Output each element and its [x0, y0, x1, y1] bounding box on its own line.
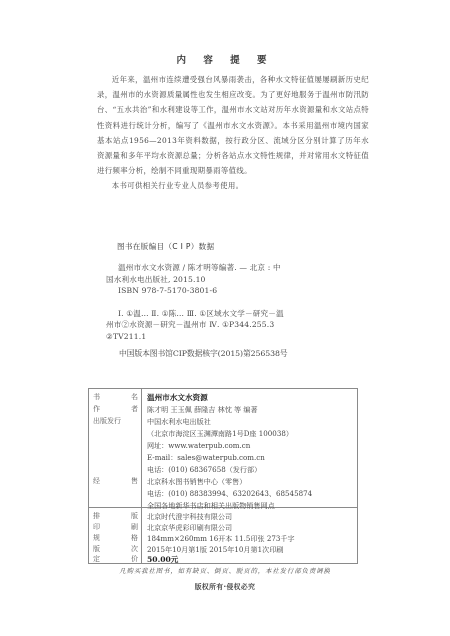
cip-subject-line: 州市②水资源－研究－温州市 Ⅳ. ①P344.255.3 — [106, 319, 366, 331]
row-label: 定价 — [93, 554, 138, 566]
publisher-email: E-mail：sales@waterpub.com.cn — [147, 452, 265, 464]
row-label: 作者 — [93, 404, 138, 416]
cip-isbn: ISBN 978-7-5170-3801-6 — [106, 285, 366, 297]
price-value: 50.00元 — [147, 554, 178, 566]
book-title-value: 温州市水文水资源 — [147, 392, 208, 404]
cip-entry-line: 温州市水文水资源 / 陈才明等编著. — 北京 : 中 — [106, 262, 366, 274]
cip-record-number: 中国版本图书馆CIP数据核字(2015)第256538号 — [119, 348, 288, 359]
publisher-line: 中国水利水电出版社 — [147, 416, 211, 428]
row-label: 经售 — [93, 476, 138, 488]
typesetting-value: 北京时代澄宇科技有限公司 — [147, 511, 232, 523]
summary-title: 内 容 提 要 — [0, 52, 450, 66]
row-label: 规格 — [93, 533, 138, 545]
colophon-row-specs: 规格 184mm×260mm 16开本 11.5印张 273千字 — [89, 533, 357, 545]
cip-entry-line: 国水利水电出版社, 2015.10 — [106, 274, 366, 286]
distribution-line: 北京科水图书销售中心（零售） — [147, 476, 246, 488]
distribution-network: 全国各地新华书店和相关出版物销售网点 — [147, 500, 275, 512]
summary-paragraph: 本书可供相关行业专业人员参考使用。 — [97, 178, 369, 193]
row-label: 印刷 — [93, 522, 138, 534]
colophon-table: 书名 温州市水文水资源 作者 陈才明 王玉佩 薛隆吉 林忱 等 编著 出版发行 … — [88, 388, 358, 564]
summary-body: 近年来，温州市连续遭受强台风暴雨袭击，各种水文特征值屡屡刷新历史纪录，温州市的水… — [97, 72, 369, 194]
cip-record: 温州市水文水资源 / 陈才明等编著. — 北京 : 中 国水利水电出版社, 20… — [106, 262, 366, 342]
cip-subject-line: Ⅰ. ①温… Ⅱ. ①陈… Ⅲ. ①区域水文学－研究－温 — [106, 308, 366, 320]
colophon-row-title: 书名 温州市水文水资源 — [89, 392, 357, 404]
cip-subject-line: ②TV211.1 — [106, 331, 366, 343]
copyright-notice: 版权所有·侵权必究 — [0, 581, 450, 591]
publisher-address: （北京市海淀区玉渊潭南路1号D座 100038） — [147, 428, 293, 440]
printing-value: 北京京华虎彩印刷有限公司 — [147, 522, 232, 534]
publisher-website: 网址：www.waterpub.com.cn — [147, 440, 250, 452]
distribution-phone: 电话：(010) 88383994、63202643、68545874 — [147, 488, 312, 500]
specs-value: 184mm×260mm 16开本 11.5印张 273千字 — [147, 533, 295, 545]
colophon-row-publisher: 出版发行 中国水利水电出版社 — [89, 416, 357, 428]
row-label: 排版 — [93, 511, 138, 523]
colophon-row-author: 作者 陈才明 王玉佩 薛隆吉 林忱 等 编著 — [89, 404, 357, 416]
author-value: 陈才明 王玉佩 薛隆吉 林忱 等 编著 — [147, 404, 258, 416]
row-label: 出版发行 — [93, 416, 138, 428]
return-policy-notice: 凡购买我社图书，如有缺页、倒页、脱页的，本社发行部负责调换 — [0, 566, 450, 575]
publisher-phone: 电话：(010) 68367658（发行部） — [147, 464, 261, 476]
row-label: 书名 — [93, 392, 138, 404]
summary-paragraph: 近年来，温州市连续遭受强台风暴雨袭击，各种水文特征值屡屡刷新历史纪录，温州市的水… — [97, 72, 369, 178]
colophon-row-typesetting: 排版 北京时代澄宇科技有限公司 — [89, 511, 357, 523]
cip-heading: 图书在版编目（C I P）数据 — [117, 241, 214, 252]
colophon-row-distribution: 经售 北京科水图书销售中心（零售） — [89, 476, 357, 488]
colophon-row-price: 定价 50.00元 — [89, 554, 357, 566]
colophon-row-printing: 印刷 北京京华虎彩印刷有限公司 — [89, 522, 357, 534]
